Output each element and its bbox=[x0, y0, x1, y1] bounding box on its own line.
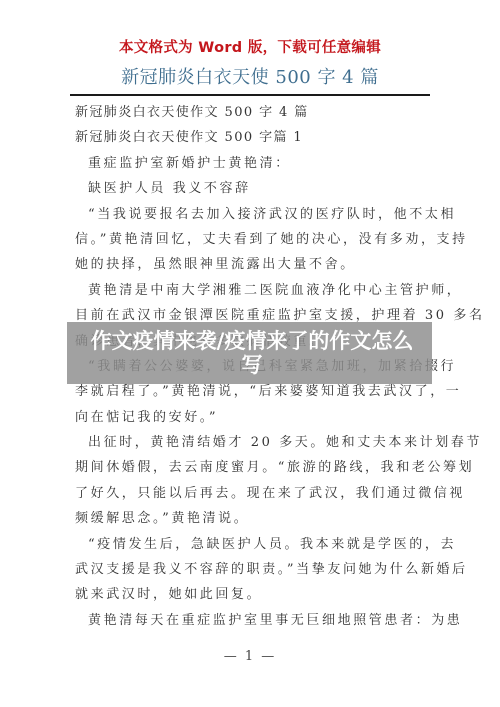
body-line: “疫情发生后，急缺医护人员。我本来就是学医的，去 bbox=[75, 532, 430, 557]
word-format-notice: 本文格式为 Word 版，下载可任意编辑 bbox=[0, 36, 500, 57]
body-line: “当我说要报名去加入接济武汉的医疗队时，他不太相 bbox=[75, 202, 430, 227]
body-line: 了好久，只能以后再去。现在来了武汉，我们通过微信视 bbox=[75, 481, 430, 506]
overlay-title: 作文疫情来袭/疫情来了的作文怎么写 bbox=[87, 329, 417, 377]
body-line: 新冠肺炎白衣天使作文 500 字篇 1 bbox=[75, 125, 430, 150]
body-line: 期间休婚假，去云南度蜜月。“旅游的路线，我和老公筹划 bbox=[75, 455, 430, 480]
body-line: 黄艳清每天在重症监护室里事无巨细地照管患者：为患 bbox=[75, 608, 430, 633]
body-line: 缺医护人员 我义不容辞 bbox=[75, 176, 430, 201]
title-overlay-banner: 作文疫情来袭/疫情来了的作文怎么写 bbox=[67, 322, 432, 384]
body-line: 重症监护室新婚护士黄艳清： bbox=[75, 151, 430, 176]
body-line: 就来武汉时，她如此回复。 bbox=[75, 582, 430, 607]
body-line: 新冠肺炎白衣天使作文 500 字 4 篇 bbox=[75, 100, 430, 125]
body-line: 黄艳清是中南大学湘雅二医院血液净化中心主管护师， bbox=[75, 278, 430, 303]
document-title: 新冠肺炎白衣天使 500 字 4 篇 bbox=[0, 63, 500, 89]
body-line: 信。”黄艳清回忆，丈夫看到了她的决心，没有多劝，支持 bbox=[75, 227, 430, 252]
body-line: 她的抉择，虽然眼神里流露出大量不舍。 bbox=[75, 252, 430, 277]
body-line: 向在惦记我的安好。” bbox=[75, 405, 430, 430]
page-number: — 1 — bbox=[0, 649, 500, 664]
body-line: 出征时，黄艳清结婚才 20 多天。她和丈夫本来计划春节 bbox=[75, 430, 430, 455]
body-line: 频缓解思念。”黄艳清说。 bbox=[75, 506, 430, 531]
body-line: 武汉支援是我义不容辞的职责。”当挚友问她为什么新婚后 bbox=[75, 557, 430, 582]
title-divider bbox=[70, 94, 430, 96]
